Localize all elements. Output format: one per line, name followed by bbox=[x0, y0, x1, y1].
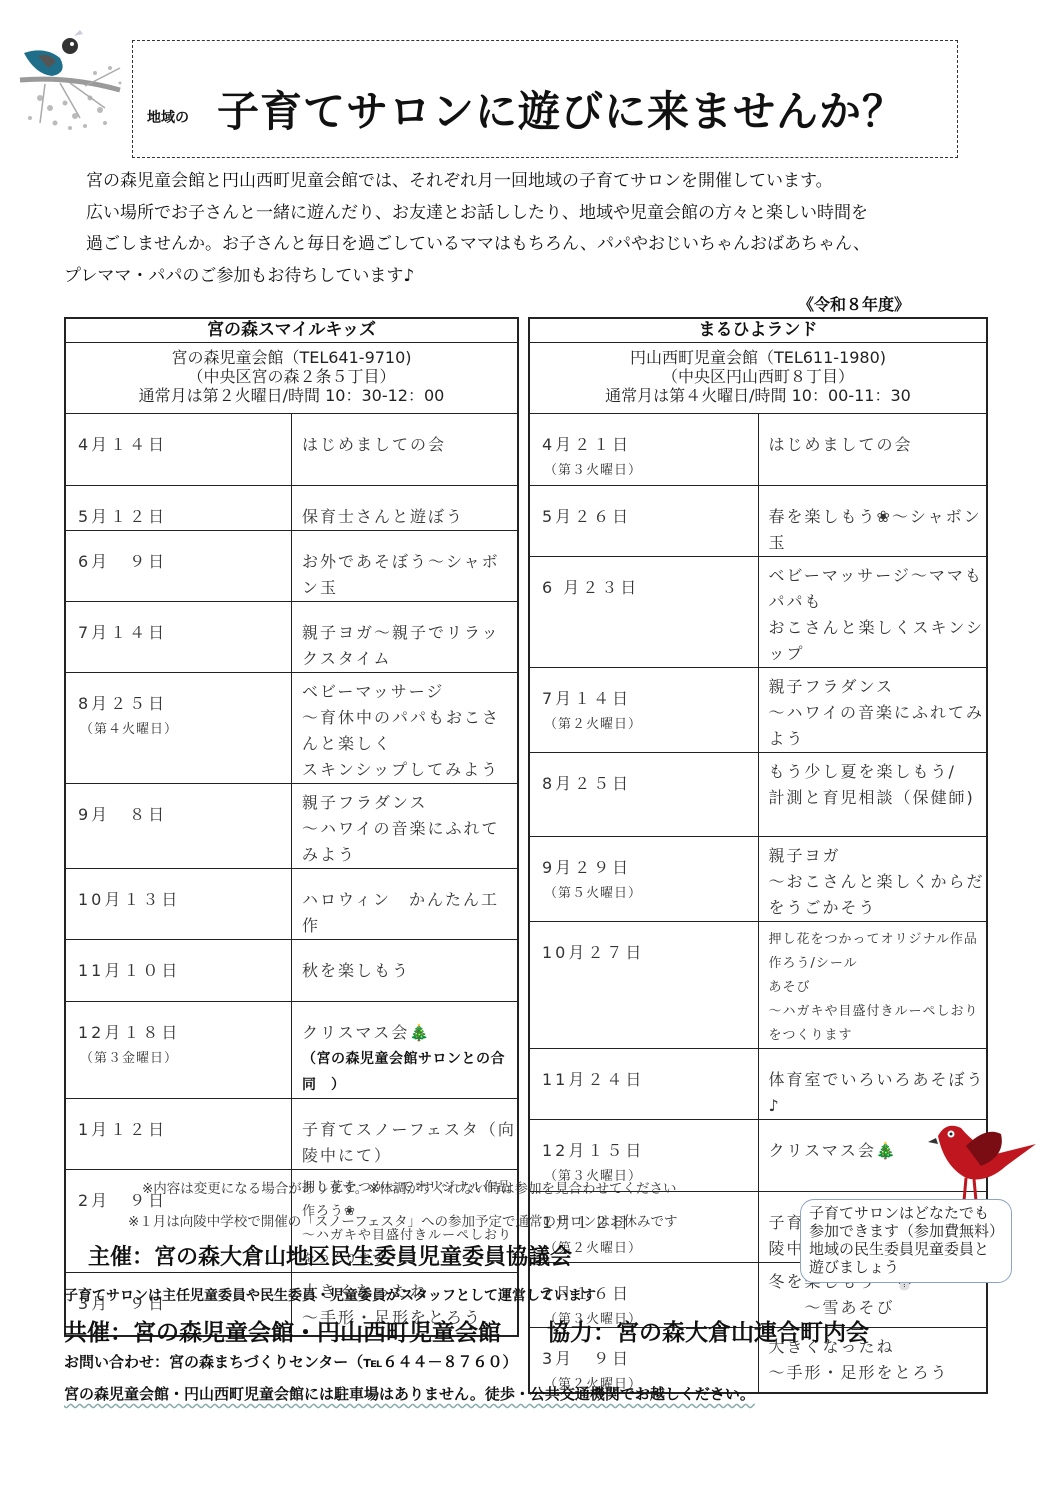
event-date: 11月１０日 bbox=[66, 940, 292, 1002]
schedule-row: 5月１２日保育士さんと遊ぼう bbox=[66, 486, 518, 531]
event-description: もう少し夏を楽しもう/計測と育児相談（保健師) bbox=[758, 753, 987, 837]
date-text: 5月１２日 bbox=[78, 507, 167, 526]
event-description: はじめましての会 bbox=[758, 414, 987, 486]
event-date: 7月１４日 bbox=[66, 602, 292, 673]
schedule-row: 8月２５日もう少し夏を楽しもう/計測と育児相談（保健師) bbox=[530, 753, 987, 837]
venue-info: 円山西町児童会館（TEL611-1980) （中央区円山西町８丁目） 通常月は第… bbox=[530, 343, 987, 414]
date-text: 1月１２日 bbox=[78, 1120, 167, 1139]
event-description: 親子フラダンス～ハワイの音楽にふれてみよう bbox=[758, 668, 987, 753]
event-description: 保育士さんと遊ぼう bbox=[292, 486, 518, 531]
event-description: ハロウィン かんたん工作 bbox=[292, 869, 518, 940]
schedule-row: 9月２９日（第５火曜日）親子ヨガ～おこさんと楽しくからだをうごかそう bbox=[530, 837, 987, 922]
schedule-row: 6 月２３日ベビーマッサージ～ママもパパもおこさんと楽しくスキンシップ bbox=[530, 557, 987, 668]
weekday-note: （第２火曜日） bbox=[542, 713, 758, 732]
weekday-note: （第３火曜日） bbox=[542, 459, 758, 478]
event-line: 親子フラダンス bbox=[302, 790, 517, 816]
date-text: 11月１０日 bbox=[78, 961, 180, 980]
event-description: 押し花をつかってオリジナル作品作ろう/シールあそび～ハガキや目盛付きルーペしおり… bbox=[758, 922, 987, 1049]
event-description: お外であそぼう～シャボン玉 bbox=[292, 531, 518, 602]
date-text: 8月２５日 bbox=[542, 774, 631, 793]
schedule-row: 6月 ９日お外であそぼう～シャボン玉 bbox=[66, 531, 518, 602]
date-text: 6月 ９日 bbox=[78, 552, 167, 571]
staff-note: 子育てサロンは主任児童委員や民生委員・児童委員がスタッフとして運営しています bbox=[64, 1285, 596, 1305]
weekday-note: （第２火曜日） bbox=[542, 1237, 758, 1256]
venue-name: 宮の森児童会館（TEL641-9710) bbox=[66, 348, 517, 367]
schedule-row: 4月１４日はじめましての会 bbox=[66, 414, 518, 486]
date-text: 4月１４日 bbox=[78, 435, 167, 454]
event-line: ～ハワイの音楽にふれてみよう bbox=[769, 700, 987, 752]
event-line: ～手形・足形をとろう bbox=[769, 1360, 987, 1386]
event-description: はじめましての会 bbox=[292, 414, 518, 486]
schedule-row: 5月２６日春を楽しもう❀～シャボン玉 bbox=[530, 486, 987, 557]
intro-line: 広い場所でお子さんと一緒に遊んだり、お友達とお話ししたり、地域や児童会館の方々と… bbox=[64, 198, 1024, 230]
event-description: 春を楽しもう❀～シャボン玉 bbox=[758, 486, 987, 557]
event-line: ～ハガキや目盛付きルーペしおりをつくります bbox=[769, 1000, 987, 1048]
event-line: はじめましての会 bbox=[769, 432, 987, 458]
event-line: 親子ヨガ～親子でリラックスタイム bbox=[302, 620, 517, 672]
schedule-row: 11月１０日秋を楽しもう bbox=[66, 940, 518, 1002]
event-line: はじめましての会 bbox=[302, 432, 517, 458]
event-date: 4月２１日（第３火曜日） bbox=[530, 414, 759, 486]
regular-schedule: 通常月は第２火曜日/時間 10：30-12：00 bbox=[66, 386, 517, 405]
date-text: 8月２５日 bbox=[78, 694, 167, 713]
event-line: ～おこさんと楽しくからだをうごかそう bbox=[769, 869, 987, 921]
event-description: ベビーマッサージ～ママもパパもおこさんと楽しくスキンシップ bbox=[758, 557, 987, 668]
event-line: ベビーマッサージ bbox=[302, 679, 517, 705]
event-line: 計測と育児相談（保健師) bbox=[769, 785, 987, 811]
title-box: 地域の 子育てサロンに遊びに来ませんか？ bbox=[132, 40, 958, 158]
fiscal-year: 《令和８年度》 bbox=[798, 292, 910, 315]
event-line: ～育休中のパパもおこさんと楽しく bbox=[302, 705, 517, 757]
event-line: もう少し夏を楽しもう/ bbox=[769, 759, 987, 785]
info-bubble: 子育てサロンはどなたでも参加できます（参加費無料）地域の民生委員児童委員と遊びま… bbox=[800, 1199, 1012, 1283]
event-line: 子育てスノーフェスタ（向陵中にて） bbox=[302, 1117, 517, 1169]
schedule-row: 4月２１日（第３火曜日）はじめましての会 bbox=[530, 414, 987, 486]
event-line: ベビーマッサージ～ママもパパも bbox=[769, 563, 987, 615]
event-description: 親子ヨガ～親子でリラックスタイム bbox=[292, 602, 518, 673]
event-date: 4月１４日 bbox=[66, 414, 292, 486]
schedule-row: 12月１８日（第３金曜日）クリスマス会🎄（宮の森児童会館サロンとの合同 ） bbox=[66, 1002, 518, 1099]
contact-info: お問い合わせ：宮の森まちづくりセンター（℡６４４－８７６０） bbox=[64, 1351, 517, 1372]
schedule-title: 宮の森スマイルキッズ bbox=[66, 319, 518, 343]
note-january: ※１月は向陵中学校で開催の「スノーフェスタ」への参加予定で通常のサロンはお休みで… bbox=[128, 1210, 678, 1230]
date-text: 9月 ８日 bbox=[78, 805, 167, 824]
date-text: 4月２１日 bbox=[542, 435, 631, 454]
schedule-row: 9月 ８日親子フラダンス～ハワイの音楽にふれてみよう bbox=[66, 784, 518, 869]
date-text: 9月２９日 bbox=[542, 858, 631, 877]
event-description: クリスマス会🎄（宮の森児童会館サロンとの合同 ） bbox=[292, 1002, 518, 1099]
venue-name: 円山西町児童会館（TEL611-1980) bbox=[530, 348, 986, 367]
intro-line: 過ごしませんか。お子さんと毎日を過ごしているママはもちろん、パパやおじいちゃんお… bbox=[64, 229, 1024, 261]
date-text: 7月１４日 bbox=[542, 689, 631, 708]
event-description: 親子ヨガ～おこさんと楽しくからだをうごかそう bbox=[758, 837, 987, 922]
date-text: 10月２７日 bbox=[542, 943, 644, 962]
schedule-row: 7月１４日親子ヨガ～親子でリラックスタイム bbox=[66, 602, 518, 673]
date-text: 12月１８日 bbox=[78, 1023, 180, 1042]
regular-schedule: 通常月は第４火曜日/時間 10：00-11：30 bbox=[530, 386, 986, 405]
schedule-row: 1月１２日子育てスノーフェスタ（向陵中にて） bbox=[66, 1099, 518, 1170]
event-date: 9月２９日（第５火曜日） bbox=[530, 837, 759, 922]
schedule-row: 11月２４日体育室でいろいろあそぼう♪ bbox=[530, 1049, 987, 1120]
weekday-note: （第５火曜日） bbox=[542, 882, 758, 901]
event-line: 秋を楽しもう bbox=[302, 958, 517, 984]
organizer: 主催：宮の森大倉山地区民生委員児童委員協議会 bbox=[88, 1240, 572, 1271]
intro-line: 宮の森児童会館と円山西町児童会館では、それぞれ月一回地域の子育てサロンを開催して… bbox=[64, 166, 1024, 198]
date-text: 6 月２３日 bbox=[542, 578, 639, 597]
event-description: ベビーマッサージ～育休中のパパもおこさんと楽しくスキンシップしてみよう bbox=[292, 673, 518, 784]
event-line: 親子フラダンス bbox=[769, 674, 987, 700]
date-text: 5月２６日 bbox=[542, 507, 631, 526]
event-line: あそび bbox=[769, 976, 987, 1000]
event-line: おこさんと楽しくスキンシップ bbox=[769, 615, 987, 667]
parking-note: 宮の森児童会館・円山西町児童会館には駐車場はありません。徒歩・公共交通機関でお越… bbox=[64, 1383, 755, 1404]
date-text: 3月 ９日 bbox=[542, 1349, 631, 1368]
note-change: ※内容は変更になる場合があります。※体調がすぐれない時は参加を見合わせてください bbox=[142, 1177, 677, 1197]
date-text: 11月２４日 bbox=[542, 1070, 644, 1089]
event-date: 10月２７日 bbox=[530, 922, 759, 1049]
event-date: 11月２４日 bbox=[530, 1049, 759, 1120]
event-description: 秋を楽しもう bbox=[292, 940, 518, 1002]
event-note: （宮の森児童会館サロンとの合同 ） bbox=[302, 1046, 517, 1098]
schedule-row: 10月２７日押し花をつかってオリジナル作品作ろう/シールあそび～ハガキや目盛付き… bbox=[530, 922, 987, 1049]
co-host: 共催：宮の森児童会館・円山西町児童会館 協力：宮の森大倉山連合町内会 bbox=[64, 1314, 869, 1347]
event-line: お外であそぼう～シャボン玉 bbox=[302, 549, 517, 601]
schedule-row: 10月１３日ハロウィン かんたん工作 bbox=[66, 869, 518, 940]
event-date: 1月１２日 bbox=[66, 1099, 292, 1170]
event-date: 12月１８日（第３金曜日） bbox=[66, 1002, 292, 1099]
title-prefix: 地域の bbox=[147, 107, 189, 127]
event-description: 子育てスノーフェスタ（向陵中にて） bbox=[292, 1099, 518, 1170]
event-date: 6月 ９日 bbox=[66, 531, 292, 602]
event-description: 親子フラダンス～ハワイの音楽にふれてみよう bbox=[292, 784, 518, 869]
date-text: 7月１４日 bbox=[78, 623, 167, 642]
event-date: 5月１２日 bbox=[66, 486, 292, 531]
event-date: 8月２５日（第４火曜日） bbox=[66, 673, 292, 784]
venue-address: （中央区円山西町８丁目） bbox=[530, 367, 986, 386]
red-bird-illustration bbox=[926, 1116, 1038, 1206]
event-line: スキンシップしてみよう bbox=[302, 757, 517, 783]
event-description: 体育室でいろいろあそぼう♪ bbox=[758, 1049, 987, 1120]
event-date: 10月１３日 bbox=[66, 869, 292, 940]
schedule-row: 7月１４日（第２火曜日）親子フラダンス～ハワイの音楽にふれてみよう bbox=[530, 668, 987, 753]
event-line: 保育士さんと遊ぼう bbox=[302, 504, 517, 530]
event-date: 9月 ８日 bbox=[66, 784, 292, 869]
event-date: 6 月２３日 bbox=[530, 557, 759, 668]
intro-text: 宮の森児童会館と円山西町児童会館では、それぞれ月一回地域の子育てサロンを開催して… bbox=[64, 166, 1024, 292]
date-text: 10月１３日 bbox=[78, 890, 180, 909]
date-text: 12月１５日 bbox=[542, 1141, 644, 1160]
event-line: ～ハワイの音楽にふれてみよう bbox=[302, 816, 517, 868]
event-date: 8月２５日 bbox=[530, 753, 759, 837]
venue-address: （中央区宮の森２条５丁目） bbox=[66, 367, 517, 386]
blue-bird-illustration bbox=[10, 28, 130, 138]
event-line: ハロウィン かんたん工作 bbox=[302, 887, 517, 939]
event-line: 押し花をつかってオリジナル作品作ろう/シール bbox=[769, 928, 987, 976]
weekday-note: （第４火曜日） bbox=[78, 718, 291, 737]
venue-info: 宮の森児童会館（TEL641-9710) （中央区宮の森２条５丁目） 通常月は第… bbox=[66, 343, 518, 414]
page-title: 子育てサロンに遊びに来ませんか？ bbox=[217, 79, 905, 139]
intro-line: プレママ・パパのご参加もお待ちしています♪ bbox=[64, 261, 1024, 293]
schedule-row: 8月２５日（第４火曜日）ベビーマッサージ～育休中のパパもおこさんと楽しくスキンシ… bbox=[66, 673, 518, 784]
event-date: 7月１４日（第２火曜日） bbox=[530, 668, 759, 753]
schedule-title: まるひよランド bbox=[530, 319, 987, 343]
event-date: 5月２６日 bbox=[530, 486, 759, 557]
event-line: 春を楽しもう❀～シャボン玉 bbox=[769, 504, 987, 556]
weekday-note: （第３金曜日） bbox=[78, 1047, 291, 1066]
event-line: クリスマス会🎄 bbox=[302, 1020, 517, 1046]
event-line: 体育室でいろいろあそぼう♪ bbox=[769, 1067, 987, 1119]
event-line: 親子ヨガ bbox=[769, 843, 987, 869]
